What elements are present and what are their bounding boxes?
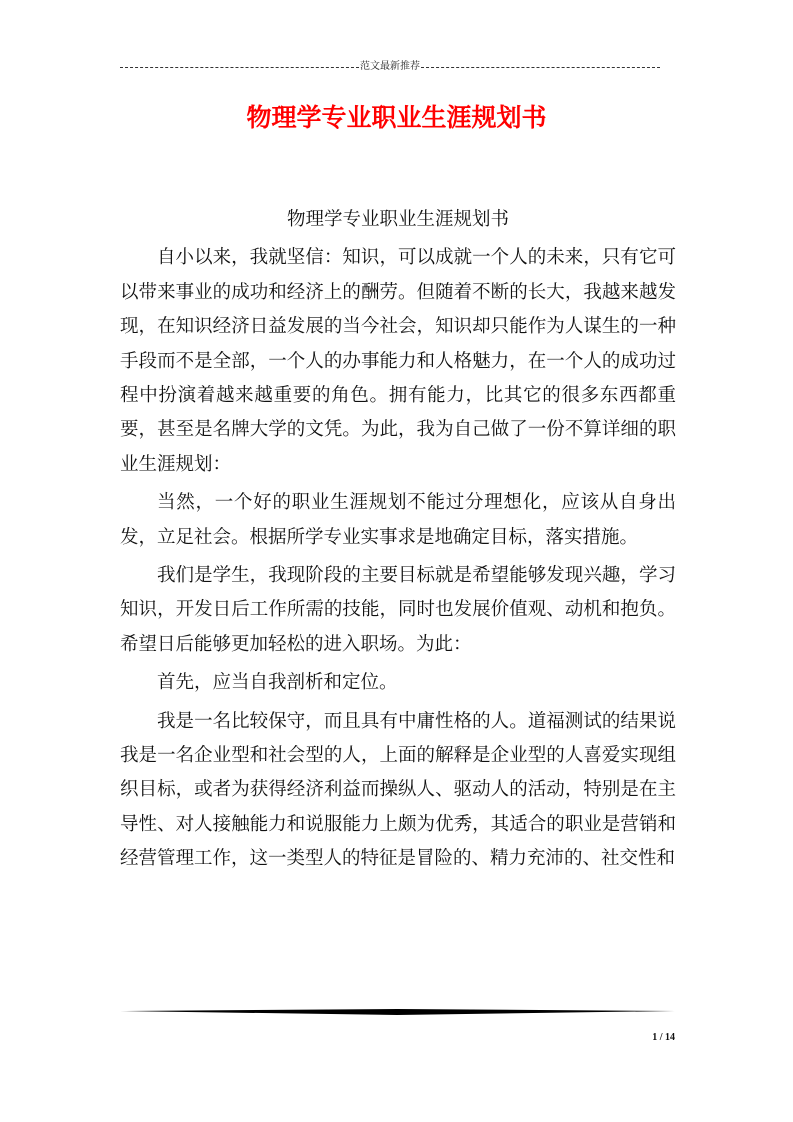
header-rule: 范文最新推荐 [120,59,660,75]
document-title: 物理学专业职业生涯规划书 [0,100,793,136]
header-dash-left [120,67,359,68]
footer-divider [120,1009,675,1015]
paragraph: 自小以来，我就坚信：知识，可以成就一个人的未来，只有它可以带来事业的成功和经济上… [120,241,676,482]
page-number: 1 / 14 [652,1032,675,1043]
document-body: 物理学专业职业生涯规划书 自小以来，我就坚信：知识，可以成就一个人的未来，只有它… [120,203,676,881]
paragraph: 我们是学生，我现阶段的主要目标就是希望能够发现兴趣，学习知识，开发日后工作所需的… [120,559,676,662]
document-subtitle: 物理学专业职业生涯规划书 [120,203,676,237]
paragraph: 我是一名比较保守，而且具有中庸性格的人。道福测试的结果说我是一名企业型和社会型的… [120,705,676,877]
header-dash-right [421,67,660,68]
paragraph: 首先，应当自我剖析和定位。 [120,666,676,700]
paragraph: 当然，一个好的职业生涯规划不能过分理想化，应该从自身出发，立足社会。根据所学专业… [120,486,676,555]
header-label: 范文最新推荐 [359,61,421,73]
